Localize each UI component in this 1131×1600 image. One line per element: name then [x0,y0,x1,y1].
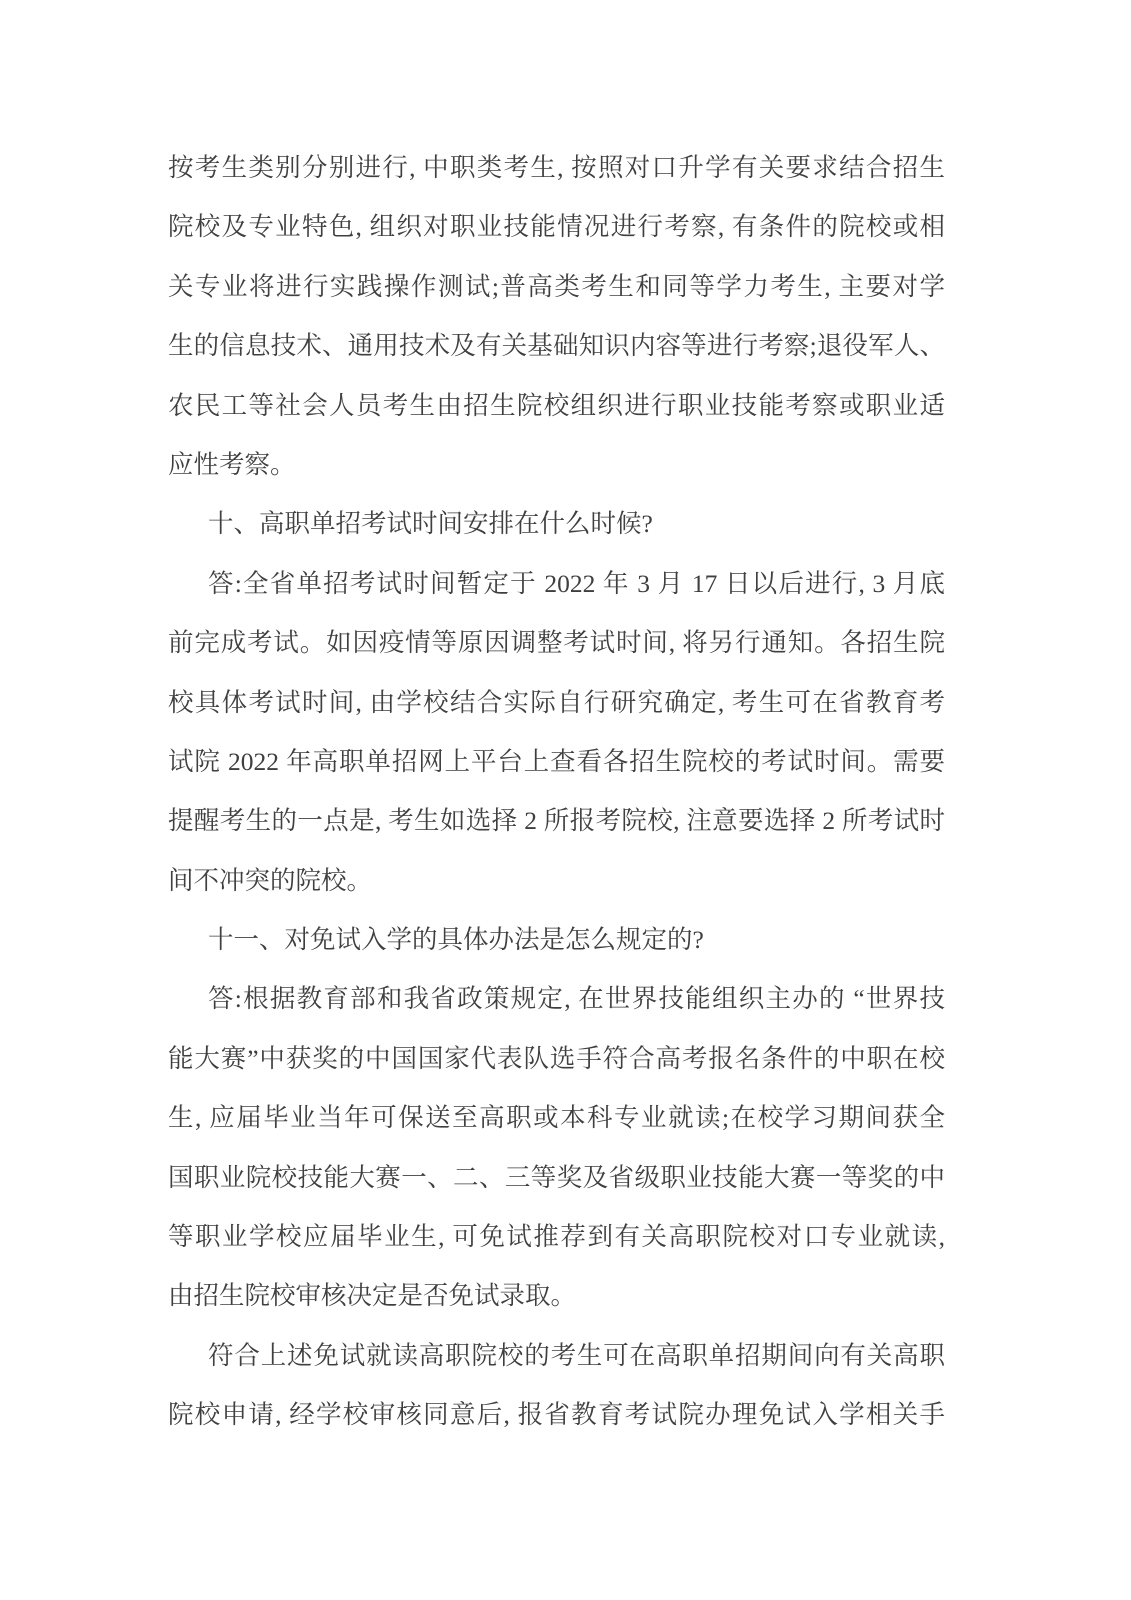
text-column: 按考生类别分别进行, 中职类考生, 按照对口升学有关要求结合招生院校及专业特色,… [168,138,945,1445]
text-line: 应性考察。 [168,435,945,494]
document-page: 按考生类别分别进行, 中职类考生, 按照对口升学有关要求结合招生院校及专业特色,… [0,0,1131,1600]
text-line: 能大赛”中获奖的中国国家代表队选手符合高考报名条件的中职在校 [168,1029,945,1088]
paragraph: 十一、对免试入学的具体办法是怎么规定的? [168,910,945,969]
text-line: 答:全省单招考试时间暂定于 2022 年 3 月 17 日以后进行, 3 月底 [168,554,945,613]
paragraph: 十、高职单招考试时间安排在什么时候? [168,494,945,553]
paragraph: 答:根据教育部和我省政策规定, 在世界技能组织主办的 “世界技能大赛”中获奖的中… [168,969,945,1325]
text-line: 院校申请, 经学校审核同意后, 报省教育考试院办理免试入学相关手 [168,1385,945,1444]
text-line: 农民工等社会人员考生由招生院校组织进行职业技能考察或职业适 [168,376,945,435]
text-line: 前完成考试。如因疫情等原因调整考试时间, 将另行通知。各招生院 [168,613,945,672]
text-line: 等职业学校应届毕业生, 可免试推荐到有关高职院校对口专业就读, [168,1207,945,1266]
text-line: 试院 2022 年高职单招网上平台上查看各招生院校的考试时间。需要 [168,732,945,791]
text-line: 由招生院校审核决定是否免试录取。 [168,1266,945,1325]
text-line: 关专业将进行实践操作测试;普高类考生和同等学力考生, 主要对学 [168,257,945,316]
text-line: 按考生类别分别进行, 中职类考生, 按照对口升学有关要求结合招生 [168,138,945,197]
text-line: 校具体考试时间, 由学校结合实际自行研究确定, 考生可在省教育考 [168,673,945,732]
paragraph: 答:全省单招考试时间暂定于 2022 年 3 月 17 日以后进行, 3 月底前… [168,554,945,910]
text-line: 提醒考生的一点是, 考生如选择 2 所报考院校, 注意要选择 2 所考试时 [168,791,945,850]
text-line: 符合上述免试就读高职院校的考生可在高职单招期间向有关高职 [168,1326,945,1385]
text-line: 国职业院校技能大赛一、二、三等奖及省级职业技能大赛一等奖的中 [168,1148,945,1207]
text-line: 生, 应届毕业当年可保送至高职或本科专业就读;在校学习期间获全 [168,1088,945,1147]
paragraph: 符合上述免试就读高职院校的考生可在高职单招期间向有关高职院校申请, 经学校审核同… [168,1326,945,1445]
text-line: 生的信息技术、通用技术及有关基础知识内容等进行考察;退役军人、 [168,316,945,375]
text-line: 十一、对免试入学的具体办法是怎么规定的? [168,910,945,969]
text-line: 院校及专业特色, 组织对职业技能情况进行考察, 有条件的院校或相 [168,197,945,256]
paragraph: 按考生类别分别进行, 中职类考生, 按照对口升学有关要求结合招生院校及专业特色,… [168,138,945,494]
text-line: 十、高职单招考试时间安排在什么时候? [168,494,945,553]
text-line: 间不冲突的院校。 [168,851,945,910]
text-line: 答:根据教育部和我省政策规定, 在世界技能组织主办的 “世界技 [168,969,945,1028]
